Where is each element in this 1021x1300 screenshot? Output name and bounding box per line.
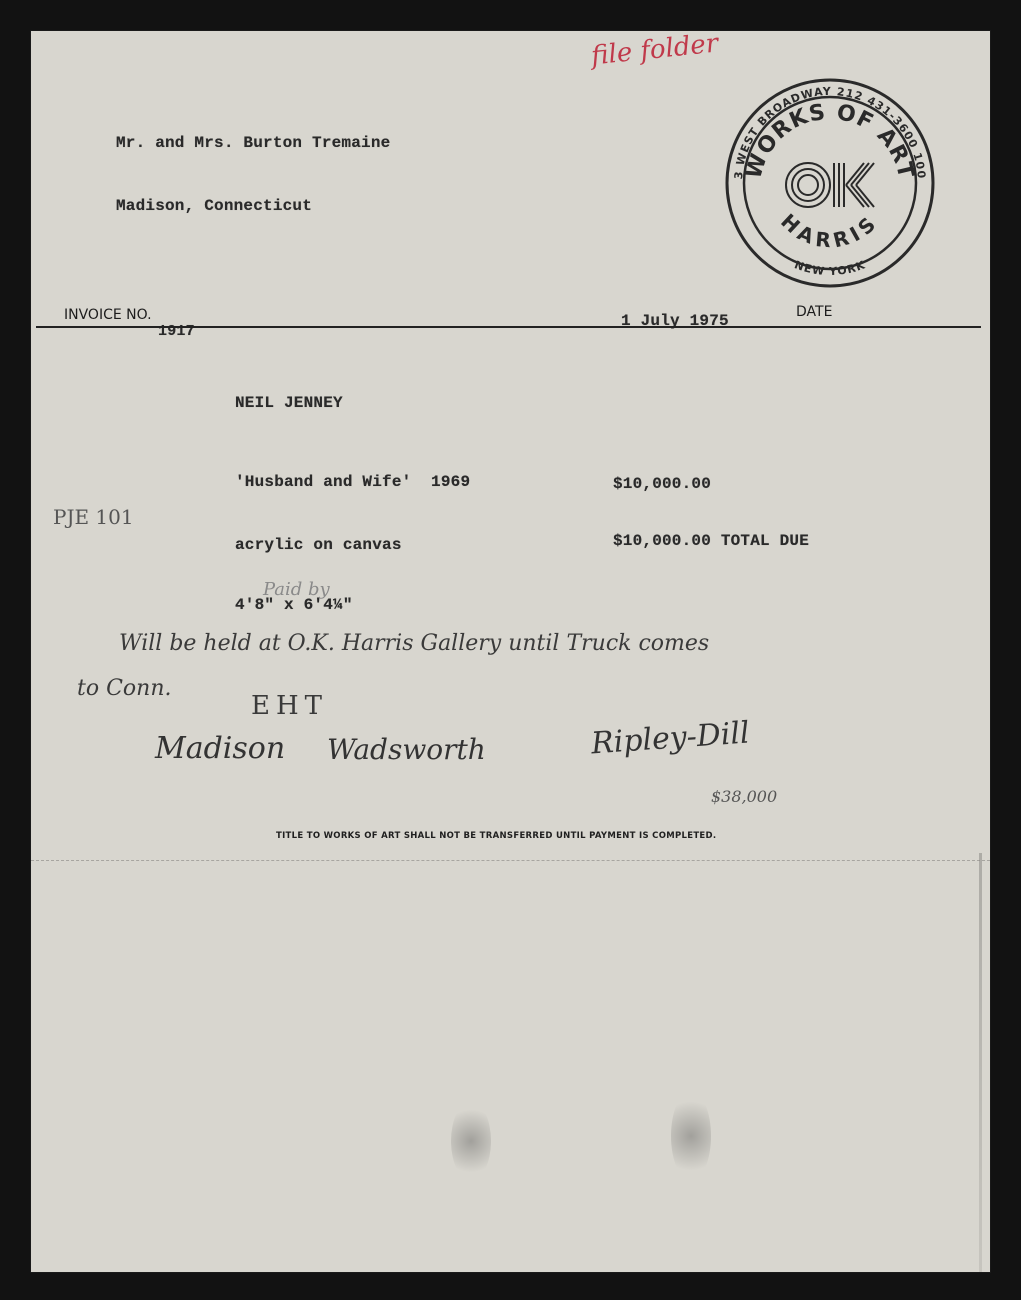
recipient-address: Madison, Connecticut	[116, 196, 390, 217]
handwritten-name-madison: Madison	[155, 731, 285, 766]
invoice-rule	[36, 326, 981, 328]
recipient-block: Mr. and Mrs. Burton Tremaine Madison, Co…	[116, 91, 390, 259]
handwritten-initials: EHT	[251, 691, 328, 721]
date-label: DATE	[796, 304, 832, 320]
invoice-date: 1 July 1975	[621, 311, 729, 332]
svg-text:NEW YORK: NEW YORK	[793, 258, 868, 278]
handwritten-paid-by: Paid by	[263, 579, 330, 600]
handwritten-name-wadsworth: Wadsworth	[327, 733, 486, 766]
handwritten-figure: $38,000	[711, 787, 777, 806]
ink-smudge	[451, 1101, 491, 1181]
artwork-price: $10,000.00	[613, 474, 711, 495]
works-of-art-ok-harris-stamp-icon: 383 WEST BROADWAY 212 431-3600 10012 NEW…	[724, 77, 936, 289]
artwork-year: 1969	[431, 473, 470, 491]
invoice-number: 1917	[158, 321, 195, 342]
invoice-label: INVOICE NO.	[64, 307, 152, 323]
recipient-name: Mr. and Mrs. Burton Tremaine	[116, 133, 390, 154]
artwork-title: 'Husband and Wife'	[235, 473, 411, 491]
artist-name: NEIL JENNEY	[235, 393, 343, 414]
ink-smudge	[671, 1091, 711, 1181]
footer-terms: TITLE TO WORKS OF ART SHALL NOT BE TRANS…	[276, 831, 716, 841]
handwritten-note-line2: to Conn.	[77, 676, 172, 701]
handwritten-name-ripley-dill: Ripley-Dill	[590, 716, 751, 762]
fold-line	[31, 860, 990, 861]
file-folder-annotation: file folder	[590, 28, 720, 71]
invoice-page: Mr. and Mrs. Burton Tremaine Madison, Co…	[31, 31, 990, 1272]
handwritten-code: PJE 101	[53, 505, 134, 529]
handwritten-note-line1: Will be held at O.K. Harris Gallery unti…	[119, 631, 709, 656]
artwork-medium: acrylic on canvas	[235, 535, 470, 556]
total-due: $10,000.00 TOTAL DUE	[613, 531, 809, 552]
artwork-dimensions: 4'8" x 6'4¼"	[235, 598, 470, 613]
svg-text:HARRIS: HARRIS	[776, 209, 883, 253]
artwork-details: 'Husband and Wife' 1969 acrylic on canva…	[235, 430, 470, 655]
page-edge-shadow	[979, 853, 982, 1272]
